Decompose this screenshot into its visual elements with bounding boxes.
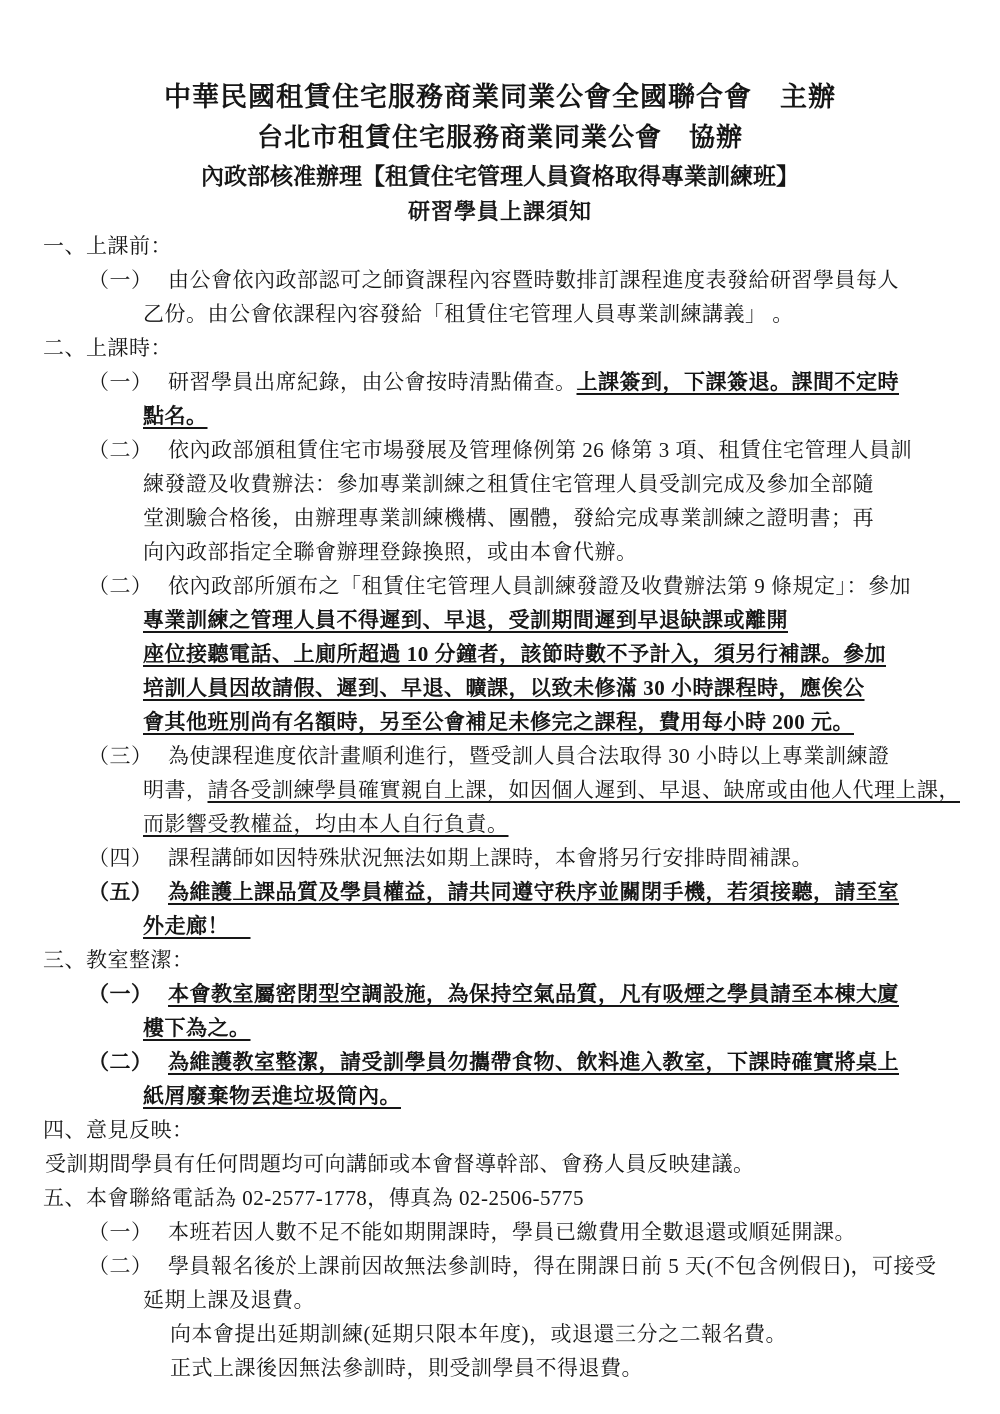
text-run: 會其他班別尚有名額時，另至公會補足未修完之課程，費用每小時 200 元。 [143, 710, 854, 734]
text-run: 為維護教室整潔，請受訓學員勿攜帶食物、飲料進入教室，下課時確實將桌上 [168, 1050, 899, 1074]
list-item: （一）本會教室屬密閉型空調設施，為保持空氣品質，凡有吸煙之學員請至本棟大廈 [43, 977, 1000, 1011]
item-number-marker: （二） [88, 569, 168, 603]
text-run: 練發證及收費辦法：參加專業訓練之租賃住宅管理人員受訓完成及參加全部隨 [143, 472, 874, 496]
section-heading: 一、上課前： [43, 229, 1000, 263]
list-item-continuation: 座位接聽電話、上廁所超過 10 分鐘者，該節時數不予計入，須另行補課。參加 [143, 637, 1000, 671]
list-item-continuation: 紙屑廢棄物丟進垃圾筒內。 [143, 1079, 1000, 1113]
section-heading: 五、本會聯絡電話為 02-2577-1778，傳真為 02-2506-5775 [43, 1181, 1000, 1215]
text-run: 乙份。由公會依課程內容發給「租賃住宅管理人員專業訓練講義」 。 [143, 302, 794, 326]
text-run: 正式上課後因無法參訓時，則受訓學員不得退費。 [170, 1356, 643, 1380]
item-number-marker: （三） [88, 739, 168, 773]
paragraph: 受訓期間學員有任何問題均可向講師或本會督導幹部、會務人員反映建議。 [45, 1147, 1000, 1181]
item-number-marker: （四） [88, 841, 168, 875]
text-run: 本會教室屬密閉型空調設施，為保持空氣品質，凡有吸煙之學員請至本棟大廈 [168, 982, 899, 1006]
list-item-continuation: 延期上課及退費。 [143, 1283, 1000, 1317]
list-item: （三）為使課程進度依計畫順利進行，暨受訓人員合法取得 30 小時以上專業訓練證 [43, 739, 1000, 773]
text-run: 為使課程進度依計畫順利進行，暨受訓人員合法取得 30 小時以上專業訓練證 [168, 744, 890, 768]
organizer-title: 中華民國租賃住宅服務商業同業公會全國聯合會 主辦 [0, 76, 1000, 118]
list-item: （一）研習學員出席紀錄，由公會按時清點備查。上課簽到，下課簽退。課間不定時 [43, 365, 1000, 399]
list-item: （二）為維護教室整潔，請受訓學員勿攜帶食物、飲料進入教室，下課時確實將桌上 [43, 1045, 1000, 1079]
text-run: 向內政部指定全聯會辦理登錄換照，或由本會代辦。 [143, 540, 638, 564]
item-text: 學員報名後於上課前因故無法參訓時，得在開課日前 5 天(不包含例假日)，可接受 [168, 1249, 936, 1283]
list-item-continuation: 專業訓練之管理人員不得遲到、早退，受訓期間遲到早退缺課或離開 [143, 603, 1000, 637]
notice-title: 研習學員上課須知 [0, 195, 1000, 229]
text-run: 本班若因人數不足不能如期開課時，學員已繳費用全數退還或順延開課。 [168, 1220, 856, 1244]
text-run: 座位接聽電話、上廁所超過 10 分鐘者，該節時數不予計入，須另行補課。參加 [143, 642, 886, 666]
item-text: 研習學員出席紀錄，由公會按時清點備查。上課簽到，下課簽退。課間不定時 [168, 365, 899, 399]
list-item-continuation: 會其他班別尚有名額時，另至公會補足未修完之課程，費用每小時 200 元。 [143, 705, 1000, 739]
item-number-marker: （二） [88, 433, 168, 467]
text-run: 一、上課前： [43, 234, 172, 258]
item-text: 本班若因人數不足不能如期開課時，學員已繳費用全數退還或順延開課。 [168, 1215, 856, 1249]
list-item: （一）由公會依內政部認可之師資課程內容暨時數排訂課程進度表發給研習學員每人 [43, 263, 1000, 297]
list-item-continuation: 樓下為之。 [143, 1011, 1000, 1045]
text-run: 依內政部頒租賃住宅市場發展及管理條例第 26 條第 3 項、租賃住宅管理人員訓 [168, 438, 912, 462]
document-page: 中華民國租賃住宅服務商業同業公會全國聯合會 主辦 台北市租賃住宅服務商業同業公會… [0, 0, 1000, 1414]
item-number-marker: （二） [88, 1045, 168, 1079]
item-number-marker: （一） [88, 263, 168, 297]
text-run: 課程講師如因特殊狀況無法如期上課時，本會將另行安排時間補課。 [168, 846, 813, 870]
text-run: 研習學員出席紀錄，由公會按時清點備查。 [168, 370, 577, 394]
list-item: （二）依內政部所頒布之「租賃住宅管理人員訓練發證及收費辦法第 9 條規定」：參加 [43, 569, 1000, 603]
item-number-marker: （二） [88, 1249, 168, 1283]
text-run: 五、本會聯絡電話為 02-2577-1778，傳真為 02-2506-5775 [43, 1186, 584, 1210]
item-text: 課程講師如因特殊狀況無法如期上課時，本會將另行安排時間補課。 [168, 841, 813, 875]
text-run: 紙屑廢棄物丟進垃圾筒內。 [143, 1084, 401, 1108]
list-item: （四）課程講師如因特殊狀況無法如期上課時，本會將另行安排時間補課。 [43, 841, 1000, 875]
text-run: 為維護上課品質及學員權益，請共同遵守秩序並關閉手機，若須接聽，請至室 [168, 880, 899, 904]
list-item-continuation: 培訓人員因故請假、遲到、早退、曠課，以致未修滿 30 小時課程時，應俟公 [143, 671, 1000, 705]
item-text: 為維護上課品質及學員權益，請共同遵守秩序並關閉手機，若須接聽，請至室 [168, 875, 899, 909]
text-run: 依內政部所頒布之「租賃住宅管理人員訓練發證及收費辦法第 9 條規定」：參加 [168, 574, 911, 598]
list-item-continuation: 向內政部指定全聯會辦理登錄換照，或由本會代辦。 [143, 535, 1000, 569]
text-run: 樓下為之。 [143, 1016, 251, 1040]
list-item: （二）學員報名後於上課前因故無法參訓時，得在開課日前 5 天(不包含例假日)，可… [43, 1249, 1000, 1283]
section-heading: 二、上課時： [43, 331, 1000, 365]
item-number-marker: （一） [88, 1215, 168, 1249]
text-run: 受訓期間學員有任何問題均可向講師或本會督導幹部、會務人員反映建議。 [45, 1152, 755, 1176]
list-item-continuation-indented: 正式上課後因無法參訓時，則受訓學員不得退費。 [170, 1351, 1000, 1385]
text-run: 點名。 [143, 404, 208, 428]
text-run: 三、教室整潔： [43, 948, 194, 972]
section-heading: 三、教室整潔： [43, 943, 1000, 977]
item-text: 為維護教室整潔，請受訓學員勿攜帶食物、飲料進入教室，下課時確實將桌上 [168, 1045, 899, 1079]
list-item-continuation: 外走廊！ [143, 909, 1000, 943]
text-run: 專業訓練之管理人員不得遲到、早退，受訓期間遲到早退缺課或離開 [143, 608, 788, 632]
list-item-continuation: 乙份。由公會依課程內容發給「租賃住宅管理人員專業訓練講義」 。 [143, 297, 1000, 331]
item-text: 依內政部所頒布之「租賃住宅管理人員訓練發證及收費辦法第 9 條規定」：參加 [168, 569, 911, 603]
text-run: 向本會提出延期訓練(延期只限本年度)，或退還三分之二報名費。 [170, 1322, 787, 1346]
course-title: 內政部核准辦理【租賃住宅管理人員資格取得專業訓練班】 [0, 158, 1000, 195]
list-item-continuation: 而影響受教權益，均由本人自行負責。 [143, 807, 1000, 841]
text-run: 二、上課時： [43, 336, 172, 360]
text-run: 學員報名後於上課前因故無法參訓時，得在開課日前 5 天(不包含例假日)，可接受 [168, 1254, 936, 1278]
text-run: 而影響受教權益，均由本人自行負責。 [143, 812, 509, 836]
item-text: 由公會依內政部認可之師資課程內容暨時數排訂課程進度表發給研習學員每人 [168, 263, 899, 297]
co-organizer-title: 台北市租賃住宅服務商業同業公會 協辦 [0, 118, 1000, 158]
text-run: 四、意見反映： [43, 1118, 194, 1142]
text-run: 培訓人員因故請假、遲到、早退、曠課，以致未修滿 30 小時課程時，應俟公 [143, 676, 865, 700]
document-header: 中華民國租賃住宅服務商業同業公會全國聯合會 主辦 台北市租賃住宅服務商業同業公會… [0, 76, 1000, 229]
item-text: 為使課程進度依計畫順利進行，暨受訓人員合法取得 30 小時以上專業訓練證 [168, 739, 890, 773]
item-number-marker: （五） [88, 875, 168, 909]
text-run: 明書， [143, 778, 208, 802]
section-heading: 四、意見反映： [43, 1113, 1000, 1147]
list-item-continuation: 練發證及收費辦法：參加專業訓練之租賃住宅管理人員受訓完成及參加全部隨 [143, 467, 1000, 501]
list-item-continuation: 點名。 [143, 399, 1000, 433]
list-item-continuation: 明書，請各受訓練學員確實親自上課，如因個人遲到、早退、缺席或由他人代理上課， [143, 773, 1000, 807]
document-body: 一、上課前：（一）由公會依內政部認可之師資課程內容暨時數排訂課程進度表發給研習學… [0, 229, 1000, 1385]
item-text: 依內政部頒租賃住宅市場發展及管理條例第 26 條第 3 項、租賃住宅管理人員訓 [168, 433, 912, 467]
list-item-continuation: 堂測驗合格後，由辦理專業訓練機構、團體，發給完成專業訓練之證明書；再 [143, 501, 1000, 535]
item-text: 本會教室屬密閉型空調設施，為保持空氣品質，凡有吸煙之學員請至本棟大廈 [168, 977, 899, 1011]
list-item: （一）本班若因人數不足不能如期開課時，學員已繳費用全數退還或順延開課。 [43, 1215, 1000, 1249]
text-run: 外走廊！ [143, 914, 251, 938]
text-run: 由公會依內政部認可之師資課程內容暨時數排訂課程進度表發給研習學員每人 [168, 268, 899, 292]
text-run: 延期上課及退費。 [143, 1288, 315, 1312]
item-number-marker: （一） [88, 977, 168, 1011]
text-run: 上課簽到，下課簽退。課間不定時 [577, 370, 900, 394]
list-item: （二）依內政部頒租賃住宅市場發展及管理條例第 26 條第 3 項、租賃住宅管理人… [43, 433, 1000, 467]
list-item-continuation-indented: 向本會提出延期訓練(延期只限本年度)，或退還三分之二報名費。 [170, 1317, 1000, 1351]
text-run: 堂測驗合格後，由辦理專業訓練機構、團體，發給完成專業訓練之證明書；再 [143, 506, 874, 530]
list-item: （五）為維護上課品質及學員權益，請共同遵守秩序並關閉手機，若須接聽，請至室 [43, 875, 1000, 909]
text-run: 請各受訓練學員確實親自上課，如因個人遲到、早退、缺席或由他人代理上課， [208, 778, 961, 802]
item-number-marker: （一） [88, 365, 168, 399]
